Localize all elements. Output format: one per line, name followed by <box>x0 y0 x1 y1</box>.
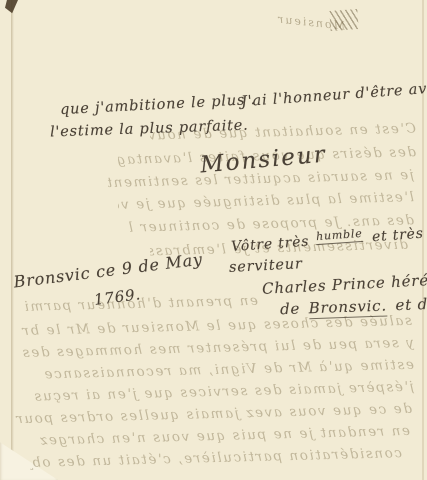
bleedthrough-line: l'estime la plus distinguée que je vous … <box>118 189 414 213</box>
ink-hatch-mark <box>329 9 358 31</box>
closing-mid: et très <box>372 226 425 246</box>
closing-superscript-humble: humble <box>316 227 363 245</box>
letter-dateline-place: Bronsvic ce 9 de May <box>13 249 204 291</box>
signature-line2-post: et de Lu <box>395 294 427 314</box>
bleedthrough-line: considération particulière, c'était un d… <box>30 445 402 471</box>
letter-body-line-left: que j'ambitione le plus . <box>60 92 257 118</box>
letter-body-line-right: J'ai l'honneur d'être avec <box>241 80 427 110</box>
letter-closing-line2: serviteur <box>229 256 303 276</box>
signature-line2-pre: de <box>280 300 301 319</box>
signature-place-underlined: Bronsvic. <box>308 296 387 319</box>
bleedthrough-line: en rendant je ne puis que vous n'en char… <box>22 423 410 449</box>
paper-fold-crease <box>11 0 14 480</box>
bleedthrough-line: de ce que vous avez jamais quelles ordre… <box>14 401 412 427</box>
torn-corner-mark <box>5 0 18 14</box>
scanned-letter-page: Monsieur C'est en souhaitant que de nouv… <box>0 0 427 480</box>
